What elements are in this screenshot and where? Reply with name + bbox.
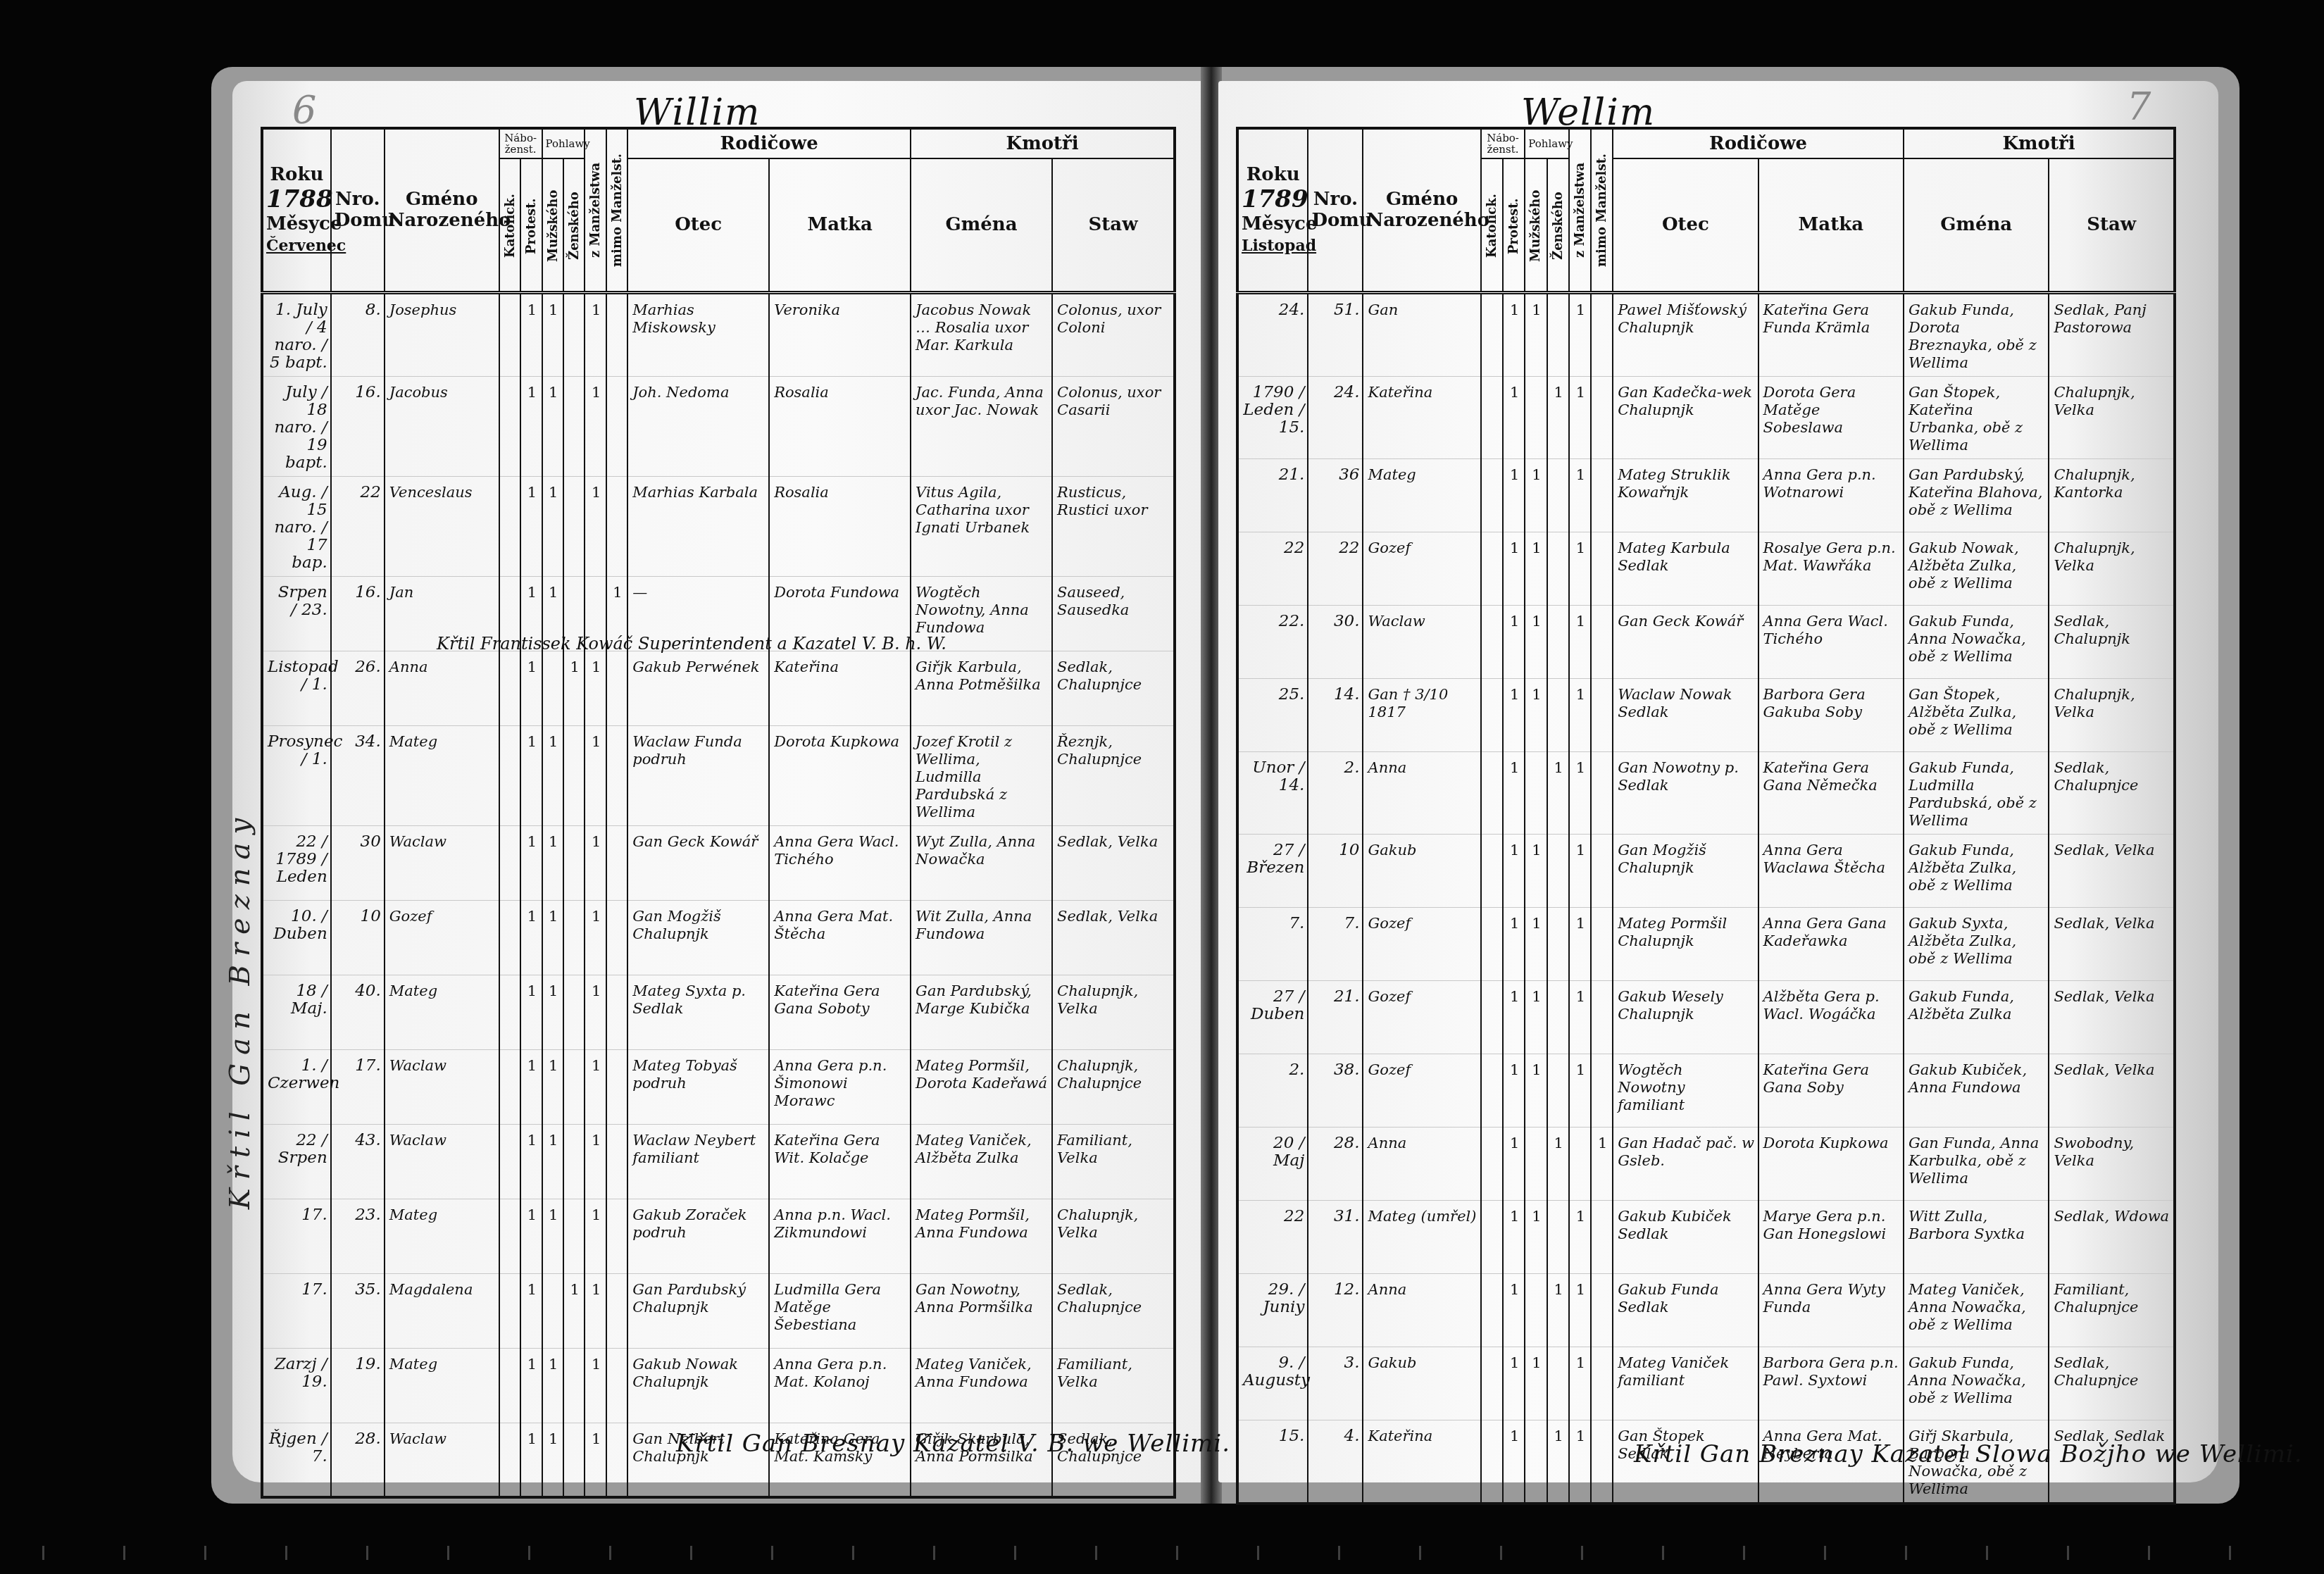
entry-father: Gan Geck Kowář bbox=[1613, 605, 1758, 678]
entry-godparent-status: Řeznjk, Chalupnjce bbox=[1052, 725, 1175, 825]
entry-mark-female bbox=[1547, 980, 1569, 1054]
register-row: 27 / Duben21.Gozef111Gakub Wesely Chalup… bbox=[1237, 980, 2175, 1054]
entry-mark-prot: 1 bbox=[1503, 532, 1525, 605]
entry-mark-illegit bbox=[606, 1273, 627, 1348]
entry-mark-male: 1 bbox=[542, 1199, 563, 1273]
header-year-label: Roku bbox=[1242, 164, 1304, 185]
entry-mark-illegit bbox=[1591, 1054, 1613, 1127]
entry-mark-illegit bbox=[1591, 834, 1613, 907]
entry-date: 22 / Srpen bbox=[262, 1124, 331, 1199]
entry-mark-illegit bbox=[606, 900, 627, 975]
entry-godparents: Gakub Kubiček, Anna Fundowa bbox=[1904, 1054, 2049, 1127]
entry-mark-prot: 1 bbox=[1503, 834, 1525, 907]
entry-date: Aug. / 15 naro. / 17 bap. bbox=[262, 476, 331, 576]
entry-mark-prot: 1 bbox=[520, 1199, 542, 1273]
entry-mark-cath bbox=[499, 651, 520, 725]
entry-mark-cath bbox=[499, 292, 520, 376]
entry-mark-cath bbox=[1481, 907, 1503, 980]
entry-mark-prot: 1 bbox=[520, 651, 542, 725]
entry-mark-female bbox=[1547, 292, 1569, 376]
entry-child-name: Kateřina bbox=[1363, 376, 1480, 458]
register-row: 21.36Mateg111Mateg Struklik KowařnjkAnna… bbox=[1237, 458, 2175, 532]
right-header-year-value: 1789 bbox=[1242, 185, 1304, 213]
register-row: Prosynec / 1.34.Mateg111Waclaw Funda pod… bbox=[262, 725, 1175, 825]
register-row: 20 / Maj28.Anna111Gan Hadač pač. w Gsleb… bbox=[1237, 1127, 2175, 1200]
entry-house-number: 16. bbox=[331, 376, 385, 476]
entry-date: 22 bbox=[1237, 532, 1308, 605]
entry-mark-male: 1 bbox=[1525, 605, 1547, 678]
right-header-year-month: Roku1789MěsyceListopad bbox=[1237, 128, 1308, 292]
entry-mark-prot: 1 bbox=[1503, 751, 1525, 834]
entry-mother: Rosalia bbox=[769, 376, 911, 476]
left-page-number: 6 bbox=[292, 88, 316, 132]
entry-mark-female bbox=[563, 725, 585, 825]
entry-mark-illegit bbox=[606, 1199, 627, 1273]
entry-mark-male: 1 bbox=[542, 292, 563, 376]
entry-godparents: Mateg Pormšil, Anna Fundowa bbox=[911, 1199, 1052, 1273]
entry-mother: Anna Gera Waclawa Štěcha bbox=[1758, 834, 1904, 907]
register-row: 1790 / Leden / 15.24.Kateřina111Gan Kade… bbox=[1237, 376, 2175, 458]
entry-mark-prot: 1 bbox=[1503, 1347, 1525, 1420]
header-mother: Matka bbox=[769, 158, 911, 292]
entry-mark-illegit bbox=[1591, 980, 1613, 1054]
entry-house-number: 12. bbox=[1308, 1273, 1363, 1347]
entry-child-name: Waclaw bbox=[385, 1423, 499, 1497]
entry-date: 2. bbox=[1237, 1054, 1308, 1127]
entry-mark-cath bbox=[499, 476, 520, 576]
entry-house-number: 31. bbox=[1308, 1200, 1363, 1273]
left-page-signature: Křtil Gan Bresnay Kazatel V. B. we Welli… bbox=[676, 1430, 1230, 1458]
entry-house-number: 22 bbox=[331, 476, 385, 576]
entry-date: 27 / Duben bbox=[1237, 980, 1308, 1054]
entry-mark-cath bbox=[1481, 834, 1503, 907]
left-header-year-month: Roku1788MěsyceČervenec bbox=[262, 128, 331, 292]
entry-father: Marhias Miskowsky bbox=[627, 292, 769, 376]
header-legitimate: z Manželstwa bbox=[585, 128, 606, 292]
entry-godparents: Mateg Vaniček, Alžběta Zulka bbox=[911, 1124, 1052, 1199]
entry-mark-male bbox=[542, 651, 563, 725]
entry-mother: Dorota Gera Matěge Sobeslawa bbox=[1758, 376, 1904, 458]
register-row: 1. July / 4 naro. / 5 bapt.8.Josephus111… bbox=[262, 292, 1175, 376]
entry-child-name: Jacobus bbox=[385, 376, 499, 476]
entry-father: Wogtěch Nowotny familiant bbox=[1613, 1054, 1758, 1127]
entry-godparent-status: Sedlak, Chalupnjce bbox=[1052, 1273, 1175, 1348]
header-male: Mužského bbox=[542, 158, 563, 292]
entry-mark-prot: 1 bbox=[1503, 907, 1525, 980]
entry-mark-legit: 1 bbox=[585, 292, 606, 376]
entry-mother: Rosalia bbox=[769, 476, 911, 576]
entry-mark-prot: 1 bbox=[520, 975, 542, 1049]
entry-mark-female: 1 bbox=[1547, 1273, 1569, 1347]
entry-mother: Alžběta Gera p. Wacl. Wogáčka bbox=[1758, 980, 1904, 1054]
entry-godparent-status: Sedlak, Velka bbox=[2049, 980, 2175, 1054]
register-row: 7.7.Gozef111Mateg Pormšil ChalupnjkAnna … bbox=[1237, 907, 2175, 980]
entry-mark-legit: 1 bbox=[1569, 907, 1591, 980]
entry-mark-legit: 1 bbox=[585, 1124, 606, 1199]
header-male: Mužského bbox=[1525, 158, 1547, 292]
entry-mark-legit: 1 bbox=[585, 1423, 606, 1497]
entry-godparent-status: Familiant, Velka bbox=[1052, 1124, 1175, 1199]
entry-child-name: Gozef bbox=[385, 900, 499, 975]
entry-mark-legit: 1 bbox=[1569, 834, 1591, 907]
entry-mark-legit: 1 bbox=[585, 1049, 606, 1124]
entry-date: Listopad / 1. bbox=[262, 651, 331, 725]
entry-father: Waclaw Nowak Sedlak bbox=[1613, 678, 1758, 751]
register-row: 9. / Augusty3.Gakub111Mateg Vaniček fami… bbox=[1237, 1347, 2175, 1420]
entry-mark-prot: 1 bbox=[1503, 678, 1525, 751]
entry-child-name: Waclaw bbox=[385, 1049, 499, 1124]
entry-house-number: 3. bbox=[1308, 1347, 1363, 1420]
entry-godparents: Gan Nowotny, Anna Pormšilka bbox=[911, 1273, 1052, 1348]
entry-mark-cath bbox=[499, 725, 520, 825]
header-parents: Rodičowe bbox=[627, 128, 911, 158]
entry-father: Mateg Struklik Kowařnjk bbox=[1613, 458, 1758, 532]
entry-godparent-status: Sedlak, Velka bbox=[2049, 907, 2175, 980]
header-parents: Rodičowe bbox=[1613, 128, 1904, 158]
entry-mark-male: 1 bbox=[1525, 458, 1547, 532]
entry-child-name: Mateg bbox=[1363, 458, 1480, 532]
entry-mark-prot: 1 bbox=[1503, 458, 1525, 532]
entry-mark-legit bbox=[1569, 1127, 1591, 1200]
header-godparent-status: Staw bbox=[1052, 158, 1175, 292]
entry-child-name: Waclaw bbox=[385, 825, 499, 900]
entry-house-number: 7. bbox=[1308, 907, 1363, 980]
entry-child-name: Gozef bbox=[1363, 1054, 1480, 1127]
entry-godparents: Jozef Krotil z Wellima, Ludmilla Pardubs… bbox=[911, 725, 1052, 825]
entry-godparent-status: Sedlak, Velka bbox=[2049, 834, 2175, 907]
entry-mark-cath bbox=[1481, 1420, 1503, 1504]
entry-godparents: Wit Zulla, Anna Fundowa bbox=[911, 900, 1052, 975]
entry-house-number: 36 bbox=[1308, 458, 1363, 532]
entry-mark-cath bbox=[499, 1124, 520, 1199]
entry-mark-male bbox=[1525, 1127, 1547, 1200]
entry-date: Řjgen / 7. bbox=[262, 1423, 331, 1497]
entry-godparent-status: Familiant, Velka bbox=[1052, 1348, 1175, 1423]
entry-child-name: Mateg bbox=[385, 1348, 499, 1423]
entry-mark-prot: 1 bbox=[520, 725, 542, 825]
entry-mark-female bbox=[1547, 532, 1569, 605]
entry-mark-illegit bbox=[1591, 907, 1613, 980]
register-row: 25.14.Gan † 3/10 1817111Waclaw Nowak Sed… bbox=[1237, 678, 2175, 751]
entry-child-name: Anna bbox=[1363, 1273, 1480, 1347]
entry-mark-male: 1 bbox=[542, 1348, 563, 1423]
entry-mark-illegit bbox=[606, 476, 627, 576]
header-house-number: Nro. Domu bbox=[1308, 128, 1363, 292]
entry-mark-male bbox=[1525, 376, 1547, 458]
entry-mark-female bbox=[1547, 605, 1569, 678]
header-religion: Nábo-ženst. bbox=[499, 128, 542, 158]
entry-mark-male: 1 bbox=[542, 725, 563, 825]
entry-date: Zarzj / 19. bbox=[262, 1348, 331, 1423]
entry-godparent-status: Sedlak, Chalupnjce bbox=[1052, 651, 1175, 725]
entry-mark-illegit bbox=[1591, 678, 1613, 751]
register-row: Zarzj / 19.19.Mateg111Gakub Nowak Chalup… bbox=[262, 1348, 1175, 1423]
header-godparent-names: Gména bbox=[1904, 158, 2049, 292]
entry-godparents: Gakub Funda, Anna Nowačka, obě z Wellima bbox=[1904, 1347, 2049, 1420]
entry-date: 9. / Augusty bbox=[1237, 1347, 1308, 1420]
entry-mark-female bbox=[563, 1348, 585, 1423]
header-catholic: Katolick. bbox=[499, 158, 520, 292]
entry-mark-female: 1 bbox=[563, 651, 585, 725]
entry-mark-prot: 1 bbox=[520, 900, 542, 975]
entry-father: Joh. Nedoma bbox=[627, 376, 769, 476]
entry-mark-male: 1 bbox=[1525, 1347, 1547, 1420]
header-illegitimate: mimo Manželst. bbox=[1591, 128, 1613, 292]
entry-mark-legit: 1 bbox=[585, 1199, 606, 1273]
entry-mark-illegit bbox=[1591, 1347, 1613, 1420]
entry-house-number: 22 bbox=[1308, 532, 1363, 605]
header-sex: Pohlawy bbox=[542, 128, 585, 158]
entry-father: Marhias Karbala bbox=[627, 476, 769, 576]
entry-godparent-status: Colonus, uxor Coloni bbox=[1052, 292, 1175, 376]
entry-date: 21. bbox=[1237, 458, 1308, 532]
entry-mark-cath bbox=[499, 900, 520, 975]
entry-mark-male: 1 bbox=[1525, 678, 1547, 751]
entry-father: Gakub Kubiček Sedlak bbox=[1613, 1200, 1758, 1273]
entry-mark-cath bbox=[1481, 1054, 1503, 1127]
entry-mother: Kateřina Gera Gana Soby bbox=[1758, 1054, 1904, 1127]
entry-child-name: Mateg bbox=[385, 1199, 499, 1273]
entry-mother: Anna p.n. Wacl. Zikmundowi bbox=[769, 1199, 911, 1273]
register-row: Aug. / 15 naro. / 17 bap.22Venceslaus111… bbox=[262, 476, 1175, 576]
entry-mark-female bbox=[1547, 458, 1569, 532]
header-year-label: Roku bbox=[266, 164, 327, 185]
entry-godparent-status: Chalupnjk, Chalupnjce bbox=[1052, 1049, 1175, 1124]
entry-mark-prot: 1 bbox=[1503, 1200, 1525, 1273]
entry-father: Gakub Zoraček podruh bbox=[627, 1199, 769, 1273]
entry-mark-illegit bbox=[606, 1423, 627, 1497]
entry-mark-legit: 1 bbox=[1569, 458, 1591, 532]
entry-mark-cath bbox=[499, 376, 520, 476]
entry-mark-illegit bbox=[1591, 1273, 1613, 1347]
entry-mark-legit: 1 bbox=[1569, 1054, 1591, 1127]
entry-godparents: Gakub Funda, Dorota Breznayka, obě z Wel… bbox=[1904, 292, 2049, 376]
entry-mark-female bbox=[563, 1049, 585, 1124]
entry-godparents: Gakub Funda, Alžběta Zulka bbox=[1904, 980, 2049, 1054]
entry-mark-male: 1 bbox=[1525, 532, 1547, 605]
entry-mark-legit: 1 bbox=[1569, 1420, 1591, 1504]
entry-mother: Anna Gera Gana Kadeřawka bbox=[1758, 907, 1904, 980]
entry-mark-male bbox=[542, 1273, 563, 1348]
entry-date: 1. / Czerwen bbox=[262, 1049, 331, 1124]
entry-child-name: Gozef bbox=[1363, 907, 1480, 980]
entry-child-name: Magdalena bbox=[385, 1273, 499, 1348]
entry-date: 22 / 1789 / Leden bbox=[262, 825, 331, 900]
header-female: Ženského bbox=[1547, 158, 1569, 292]
entry-date: 7. bbox=[1237, 907, 1308, 980]
entry-mark-legit: 1 bbox=[585, 1348, 606, 1423]
entry-mark-male: 1 bbox=[1525, 980, 1547, 1054]
entry-date: 22. bbox=[1237, 605, 1308, 678]
entry-house-number: 19. bbox=[331, 1348, 385, 1423]
entry-father: Mateg Karbula Sedlak bbox=[1613, 532, 1758, 605]
entry-mark-female: 1 bbox=[1547, 751, 1569, 834]
entry-house-number: 30 bbox=[331, 825, 385, 900]
entry-mark-female bbox=[563, 975, 585, 1049]
entry-mark-male: 1 bbox=[542, 975, 563, 1049]
entry-mark-illegit bbox=[1591, 532, 1613, 605]
entry-mark-female bbox=[1547, 1347, 1569, 1420]
register-row: 1. / Czerwen17.Waclaw111Mateg Tobyaš pod… bbox=[262, 1049, 1175, 1124]
entry-date: 25. bbox=[1237, 678, 1308, 751]
entry-mother: Anna Gera Mat. Štěcha bbox=[769, 900, 911, 975]
entry-mark-cath bbox=[499, 1423, 520, 1497]
entry-mother: Barbora Gera p.n. Pawl. Syxtowi bbox=[1758, 1347, 1904, 1420]
header-legitimate: z Manželstwa bbox=[1569, 128, 1591, 292]
entry-mark-prot: 1 bbox=[1503, 980, 1525, 1054]
entry-mark-illegit bbox=[606, 651, 627, 725]
entry-date: 1790 / Leden / 15. bbox=[1237, 376, 1308, 458]
entry-father: Gan Mogžiš Chalupnjk bbox=[1613, 834, 1758, 907]
entry-date: 27 / Březen bbox=[1237, 834, 1308, 907]
entry-mark-male: 1 bbox=[542, 1423, 563, 1497]
entry-mother: Kateřina Gera Wit. Kolačge bbox=[769, 1124, 911, 1199]
header-father: Otec bbox=[1613, 158, 1758, 292]
header-child-name: Gméno Narozeného bbox=[385, 128, 499, 292]
entry-godparents: Gan Štopek, Kateřina Urbanka, obě z Well… bbox=[1904, 376, 2049, 458]
entry-mark-cath bbox=[1481, 1347, 1503, 1420]
left-header-month-value: Červenec bbox=[266, 237, 346, 255]
header-religion: Nábo-ženst. bbox=[1481, 128, 1525, 158]
entry-house-number: 10 bbox=[331, 900, 385, 975]
entry-godparent-status: Familiant, Chalupnjce bbox=[2049, 1273, 2175, 1347]
entry-father: Gan Mogžiš Chalupnjk bbox=[627, 900, 769, 975]
header-house-number: Nro. Domu bbox=[331, 128, 385, 292]
entry-child-name: Gakub bbox=[1363, 834, 1480, 907]
entry-mark-male bbox=[1525, 1420, 1547, 1504]
entry-mark-male: 1 bbox=[1525, 1200, 1547, 1273]
entry-mother: Dorota Kupkowa bbox=[769, 725, 911, 825]
entry-mark-prot: 1 bbox=[520, 1124, 542, 1199]
entry-mark-cath bbox=[1481, 605, 1503, 678]
entry-mark-cath bbox=[1481, 1200, 1503, 1273]
header-mother: Matka bbox=[1758, 158, 1904, 292]
entry-mark-legit: 1 bbox=[585, 975, 606, 1049]
entry-godparent-status: Rusticus, Rustici uxor bbox=[1052, 476, 1175, 576]
entry-mother: Kateřina Gera Funda Krämla bbox=[1758, 292, 1904, 376]
entry-father: Mateg Vaniček familiant bbox=[1613, 1347, 1758, 1420]
entry-godparent-status: Chalupnjk, Velka bbox=[2049, 376, 2175, 458]
entry-mark-female bbox=[563, 1423, 585, 1497]
entry-date: July / 18 naro. / 19 bapt. bbox=[262, 376, 331, 476]
entry-godparents: Mateg Vaniček, Anna Fundowa bbox=[911, 1348, 1052, 1423]
entry-child-name: Venceslaus bbox=[385, 476, 499, 576]
entry-father: Gakub Funda Sedlak bbox=[1613, 1273, 1758, 1347]
entry-mark-female bbox=[1547, 834, 1569, 907]
entry-mark-male bbox=[1525, 751, 1547, 834]
header-child-name: Gméno Narozeného bbox=[1363, 128, 1480, 292]
entry-date: 17. bbox=[262, 1199, 331, 1273]
entry-mark-prot: 1 bbox=[520, 476, 542, 576]
entry-mark-female: 1 bbox=[1547, 1127, 1569, 1200]
entry-child-name: Gozef bbox=[1363, 980, 1480, 1054]
entry-godparent-status: Chalupnjk, Velka bbox=[2049, 532, 2175, 605]
entry-date: 10. / Duben bbox=[262, 900, 331, 975]
entry-mark-legit: 1 bbox=[585, 476, 606, 576]
entry-godparent-status: Sedlak, Chalupnjk bbox=[2049, 605, 2175, 678]
entry-godparents: Jacobus Nowak … Rosalia uxor Mar. Karkul… bbox=[911, 292, 1052, 376]
entry-mark-legit: 1 bbox=[585, 376, 606, 476]
left-margin-vertical-note: Křtil Gan Breznay bbox=[224, 810, 256, 1209]
header-month-label: Měsyce bbox=[1242, 213, 1304, 235]
entry-mark-cath bbox=[1481, 292, 1503, 376]
film-scale-ruler bbox=[42, 1546, 2282, 1560]
entry-godparents: Vitus Agila, Catharina uxor Ignati Urban… bbox=[911, 476, 1052, 576]
header-godparents: Kmotři bbox=[1904, 128, 2175, 158]
entry-house-number: 51. bbox=[1308, 292, 1363, 376]
entry-mark-cath bbox=[1481, 980, 1503, 1054]
entry-date: 20 / Maj bbox=[1237, 1127, 1308, 1200]
entry-mark-cath bbox=[499, 1273, 520, 1348]
entry-mark-prot: 1 bbox=[520, 1423, 542, 1497]
entry-father: Mateg Tobyaš podruh bbox=[627, 1049, 769, 1124]
entry-father: Gan Pardubský Chalupnjk bbox=[627, 1273, 769, 1348]
entry-mark-female: 1 bbox=[1547, 376, 1569, 458]
entry-mark-legit: 1 bbox=[1569, 678, 1591, 751]
entry-mother: Anna Gera Wyty Funda bbox=[1758, 1273, 1904, 1347]
entry-mark-prot: 1 bbox=[1503, 1273, 1525, 1347]
entry-mark-illegit bbox=[606, 1124, 627, 1199]
entry-mark-prot: 1 bbox=[520, 825, 542, 900]
entry-child-name: Gan bbox=[1363, 292, 1480, 376]
entry-godparents: Gan Pardubský, Kateřina Blahova, obě z W… bbox=[1904, 458, 2049, 532]
entry-child-name: Mateg bbox=[385, 975, 499, 1049]
entry-mother: Marye Gera p.n. Gan Honegslowi bbox=[1758, 1200, 1904, 1273]
entry-house-number: 35. bbox=[331, 1273, 385, 1348]
entry-mark-illegit bbox=[1591, 605, 1613, 678]
entry-mark-cath bbox=[1481, 1127, 1503, 1200]
entry-mark-illegit: 1 bbox=[1591, 1127, 1613, 1200]
entry-mark-female bbox=[563, 1124, 585, 1199]
entry-date: 15. bbox=[1237, 1420, 1308, 1504]
entry-date: 24. bbox=[1237, 292, 1308, 376]
entry-godparent-status: Sedlak, Chalupnjce bbox=[2049, 1347, 2175, 1420]
entry-house-number: 23. bbox=[331, 1199, 385, 1273]
entry-date: 17. bbox=[262, 1273, 331, 1348]
entry-house-number: 40. bbox=[331, 975, 385, 1049]
entry-child-name: Anna bbox=[1363, 751, 1480, 834]
entry-mark-male: 1 bbox=[542, 900, 563, 975]
entry-father: Gakub Nowak Chalupnjk bbox=[627, 1348, 769, 1423]
entry-mother: Anna Gera Wacl. Tichého bbox=[1758, 605, 1904, 678]
header-illegitimate: mimo Manželst. bbox=[606, 128, 627, 292]
entry-father: Gan Kadečka-wek Chalupnjk bbox=[1613, 376, 1758, 458]
entry-father: Mateg Syxta p. Sedlak bbox=[627, 975, 769, 1049]
register-row: 2222Gozef111Mateg Karbula SedlakRosalye … bbox=[1237, 532, 2175, 605]
entry-house-number: 8. bbox=[331, 292, 385, 376]
entry-house-number: 28. bbox=[1308, 1127, 1363, 1200]
header-catholic: Katolick. bbox=[1481, 158, 1503, 292]
entry-mark-male: 1 bbox=[542, 825, 563, 900]
entry-godparents: Gakub Funda, Ludmilla Pardubská, obě z W… bbox=[1904, 751, 2049, 834]
entry-father: Waclaw Neybert familiant bbox=[627, 1124, 769, 1199]
entry-godparents: Gan Štopek, Alžběta Zulka, obě z Wellima bbox=[1904, 678, 2049, 751]
entry-date: Prosynec / 1. bbox=[262, 725, 331, 825]
entry-mother: Veronika bbox=[769, 292, 911, 376]
entry-father: Gakub Perwének bbox=[627, 651, 769, 725]
entry-date: 1. July / 4 naro. / 5 bapt. bbox=[262, 292, 331, 376]
entry-mark-male bbox=[1525, 1273, 1547, 1347]
entry-mark-legit: 1 bbox=[585, 1273, 606, 1348]
entry-godparents: Gan Funda, Anna Karbulka, obě z Wellima bbox=[1904, 1127, 2049, 1200]
entry-mother: Kateřina bbox=[769, 651, 911, 725]
entry-godparent-status: Chalupnjk, Velka bbox=[1052, 975, 1175, 1049]
entry-godparent-status: Chalupnjk, Velka bbox=[2049, 678, 2175, 751]
entry-mark-prot: 1 bbox=[1503, 1127, 1525, 1200]
entry-mark-legit: 1 bbox=[585, 725, 606, 825]
header-father: Otec bbox=[627, 158, 769, 292]
header-month-label: Měsyce bbox=[266, 213, 327, 235]
